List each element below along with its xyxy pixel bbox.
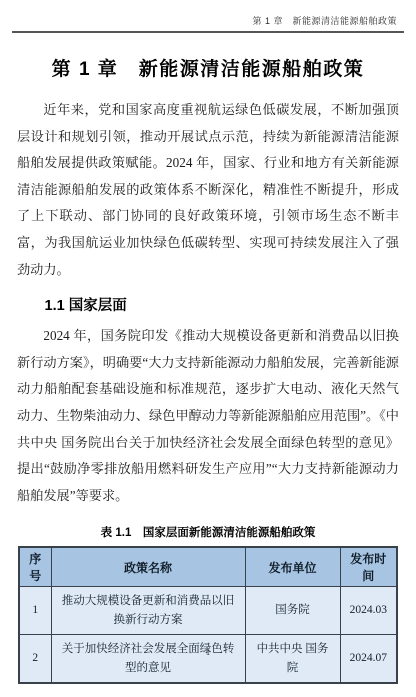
running-header: 第 1 章 新能源清洁能源船舶政策 bbox=[17, 14, 399, 31]
table-row: 1 推动大规模设备更新和消费品以旧换新行动方案 国务院 2024.03 bbox=[19, 587, 397, 635]
cell-index: 1 bbox=[19, 587, 51, 635]
cell-date: 2024.07 bbox=[340, 635, 397, 683]
cell-policy: 关于加快经济社会发展全面绿色转型的意见 bbox=[51, 635, 245, 683]
header-rule bbox=[12, 31, 404, 33]
paragraph-intro: 近年来，党和国家高度重视航运绿色低碳发展，不断加强顶层设计和规划引领，推动开展试… bbox=[17, 97, 399, 283]
table-caption: 表 1.1 国家层面新能源清洁能源船舶政策 bbox=[17, 524, 399, 540]
section-heading-national-level: 1.1 国家层面 bbox=[17, 294, 399, 315]
column-header-index: 序号 bbox=[19, 547, 51, 587]
policy-table: 序号 政策名称 发布单位 发布时间 1 推动大规模设备更新和消费品以旧换新行动方… bbox=[18, 546, 398, 684]
column-header-issuer: 发布单位 bbox=[245, 547, 340, 587]
table-row: 2 关于加快经济社会发展全面绿色转型的意见 中共中央 国务院 2024.07 bbox=[19, 635, 397, 683]
table-header-row: 序号 政策名称 发布单位 发布时间 bbox=[19, 547, 397, 587]
column-header-date: 发布时间 bbox=[340, 547, 397, 587]
cell-issuer: 中共中央 国务院 bbox=[245, 635, 340, 683]
cell-index: 2 bbox=[19, 635, 51, 683]
cell-issuer: 国务院 bbox=[245, 587, 340, 635]
paragraph-national-policies: 2024 年，国务院印发《推动大规模设备更新和消费品以旧换新行动方案》，明确要“… bbox=[17, 323, 399, 509]
cell-date: 2024.03 bbox=[340, 587, 397, 635]
column-header-policy: 政策名称 bbox=[51, 547, 245, 587]
document-page: 第 1 章 新能源清洁能源船舶政策 第 1 章 新能源清洁能源船舶政策 近年来，… bbox=[0, 0, 416, 697]
chapter-title: 第 1 章 新能源清洁能源船舶政策 bbox=[17, 54, 399, 81]
page-number: 1 bbox=[0, 647, 416, 657]
cell-policy: 推动大规模设备更新和消费品以旧换新行动方案 bbox=[51, 587, 245, 635]
